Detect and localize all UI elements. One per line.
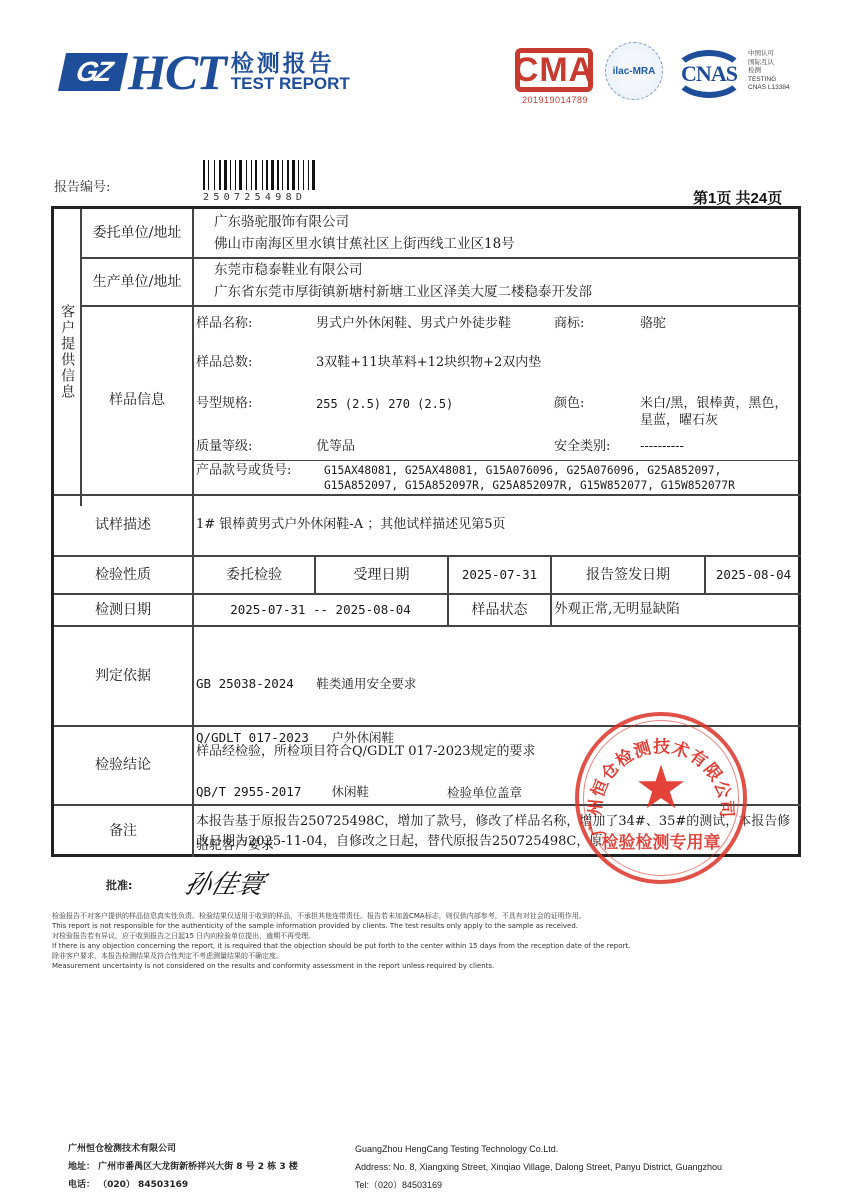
cnas-info-line: CNAS L13384	[748, 84, 790, 93]
footer-tel-en: Tel:（020）84503169	[355, 1176, 722, 1194]
footer-cn: 广州恒仓检测技术有限公司 地址： 广州市番禺区大龙街新桥祥兴大街 8 号 2 栋…	[68, 1140, 298, 1194]
cnas-info: 中国认可 国际互认 检测 TESTING CNAS L13384	[748, 50, 790, 93]
cnas-info-line: 中国认可	[748, 50, 790, 59]
test-date-value: 2025-07-31 -- 2025-08-04	[194, 595, 447, 625]
inspection-nature-value: 委托检验	[194, 557, 314, 593]
cnas-logo: CNAS	[673, 50, 745, 98]
style-number-line: G15AX48081, G25AX48081, G15A076096, G25A…	[324, 463, 735, 478]
size-label: 号型规格:	[196, 395, 252, 414]
test-date-label: 检测日期	[54, 595, 192, 625]
inspection-nature-label: 检验性质	[54, 557, 192, 593]
hct-logo-text: HCT	[128, 47, 225, 97]
disclaimer-line: 除非客户要求，本报告检测结果及符合性判定不考虑测量结果的不确定度。	[52, 951, 812, 961]
approver-signature: 孙佳寰	[181, 864, 269, 901]
footer-company-en: GuangZhou HengCang Testing Technology Co…	[355, 1140, 722, 1158]
client-name: 广东骆驼服饰有限公司	[214, 211, 515, 233]
disclaimer: 检验报告不对客户提供的样品信息真实性负责。检验结果仅适用于收到的样品，不承担其他…	[52, 911, 812, 971]
conclusion-label: 检验结论	[54, 727, 192, 804]
cnas-info-line: 检测	[748, 67, 790, 76]
barcode-icon	[203, 160, 323, 190]
basis-list: GB 25038-2024 鞋类通用安全要求 Q/GDLT 017-2023 户…	[196, 639, 416, 891]
sample-state-value: 外观正常,无明显缺陷	[554, 600, 680, 620]
remarks-line: 改日期为2025-11-04，自修改之日起，替代原报告250725498C，原	[196, 832, 790, 852]
footer-en: GuangZhou HengCang Testing Technology Co…	[355, 1140, 722, 1194]
cnas-info-line: TESTING	[748, 76, 790, 85]
issue-date-label: 报告签发日期	[552, 557, 704, 593]
safety-label: 安全类别:	[554, 438, 610, 457]
cma-number: 201919014789	[515, 95, 595, 105]
remarks-line: 本报告基于原报告250725498C，增加了款号，修改了样品名称，增加了34#、…	[196, 812, 790, 832]
logo-title-en: TEST REPORT	[231, 75, 350, 93]
barcode-number: 250725498D	[203, 192, 306, 203]
cnas-text: CNAS	[673, 61, 745, 87]
disclaimer-line: Measurement uncertainty is not considere…	[52, 961, 812, 971]
cma-logo: CMA 201919014789	[515, 48, 595, 110]
divider	[192, 460, 801, 461]
color-label: 颜色:	[554, 395, 584, 414]
disclaimer-line: 检验报告不对客户提供的样品信息真实性负责。检验结果仅适用于收到的样品，不承担其他…	[52, 911, 812, 921]
style-label: 产品款号或货号:	[196, 462, 291, 481]
disclaimer-line: If there is any objection concerning the…	[52, 941, 812, 951]
grade-value: 优等品	[316, 438, 355, 457]
sample-info-label: 样品信息	[82, 307, 192, 494]
ilac-mra-text: ilac-MRA	[613, 66, 656, 77]
report-table: 客户提供信息 委托单位/地址 广东骆驼服饰有限公司 佛山市南海区里水镇甘蕉社区上…	[51, 206, 801, 857]
manufacturer-name: 东莞市稳泰鞋业有限公司	[214, 259, 592, 281]
page-info: 第1页 共24页	[693, 187, 782, 208]
customer-info-group-label: 客户提供信息	[54, 209, 80, 494]
report-number-label: 报告编号:	[54, 176, 110, 195]
footer-tel-cn: 电话： （020） 84503169	[68, 1176, 298, 1194]
logo-subtitle: 检测报告 TEST REPORT	[231, 51, 350, 93]
cma-mark: CMA	[515, 48, 593, 92]
disclaimer-line: 对检验报告若有异议，应于收到报告之日起15 日内向检验单位提出，逾期不再受理。	[52, 931, 812, 941]
seal-note: 检验单位盖章	[447, 784, 522, 802]
cnas-info-line: 国际互认	[748, 59, 790, 68]
sample-state-label: 样品状态	[449, 595, 550, 625]
remarks-label: 备注	[54, 806, 192, 857]
sample-desc-label: 试样描述	[54, 496, 192, 555]
manufacturer-address: 广东省东莞市厚街镇新塘村新塘工业区泽美大厦二楼稳泰开发部	[214, 281, 592, 303]
ilac-mra-logo: ilac-MRA	[605, 42, 663, 100]
footer-company-cn: 广州恒仓检测技术有限公司	[68, 1140, 298, 1158]
color-value-line: 米白/黑，银棒黄，黑色，	[640, 395, 787, 412]
received-date-value: 2025-07-31	[449, 557, 550, 593]
manufacturer-label: 生产单位/地址	[82, 259, 192, 305]
basis-label: 判定依据	[54, 627, 192, 725]
sample-name-label: 样品名称:	[196, 315, 252, 334]
basis-item: GB 25038-2024 鞋类通用安全要求	[196, 675, 416, 693]
sample-total-label: 样品总数:	[196, 354, 252, 373]
style-numbers: G15AX48081, G25AX48081, G15A076096, G25A…	[324, 463, 735, 493]
hct-logo: GZ HCT 检测报告 TEST REPORT	[62, 48, 350, 96]
sample-name-value: 男式户外休闲鞋、男式户外徒步鞋	[316, 315, 511, 334]
client-address: 佛山市南海区里水镇甘蕉社区上街西线工业区18号	[214, 233, 515, 255]
sample-desc-value: 1# 银棒黄男式户外休闲鞋-A ；其他试样描述见第5页	[196, 516, 505, 535]
group-label-text: 客户提供信息	[57, 304, 77, 400]
remarks-value: 本报告基于原报告250725498C，增加了款号，修改了样品名称，增加了34#、…	[196, 812, 790, 852]
disclaimer-line: This report is not responsible for the a…	[52, 921, 812, 931]
sample-total-value: 3双鞋+11块革料+12块织物+2双内垫	[316, 354, 541, 373]
brand-label: 商标:	[554, 315, 584, 334]
conclusion-value: 样品经检验，所检项目符合Q/GDLT 017-2023规定的要求	[196, 743, 536, 762]
size-value: 255 (2.5) 270 (2.5)	[316, 396, 453, 413]
issue-date-value: 2025-08-04	[706, 557, 801, 593]
basis-item: QB/T 2955-2017 休闲鞋	[196, 783, 416, 801]
client-label: 委托单位/地址	[82, 209, 192, 257]
manufacturer-info: 东莞市稳泰鞋业有限公司 广东省东莞市厚街镇新塘村新塘工业区泽美大厦二楼稳泰开发部	[214, 259, 592, 303]
gz-logo-mark: GZ	[58, 53, 128, 91]
brand-value: 骆驼	[640, 315, 666, 334]
approval-label: 批准:	[106, 877, 132, 893]
color-value-line: 星蓝，曜石灰	[640, 412, 787, 429]
footer-address-cn: 地址： 广州市番禺区大龙街新桥祥兴大街 8 号 2 栋 3 楼	[68, 1158, 298, 1176]
footer-address-en: Address: No. 8, Xiangxing Street, Xinqia…	[355, 1158, 722, 1176]
logo-title-cn: 检测报告	[231, 51, 350, 75]
style-number-line: G15A852097, G15A852097R, G25A852097R, G1…	[324, 478, 735, 493]
received-date-label: 受理日期	[316, 557, 447, 593]
safety-value: ----------	[640, 438, 684, 457]
client-info: 广东骆驼服饰有限公司 佛山市南海区里水镇甘蕉社区上街西线工业区18号	[214, 211, 515, 255]
grade-label: 质量等级:	[196, 438, 252, 457]
color-value: 米白/黑，银棒黄，黑色， 星蓝，曜石灰	[640, 395, 787, 429]
